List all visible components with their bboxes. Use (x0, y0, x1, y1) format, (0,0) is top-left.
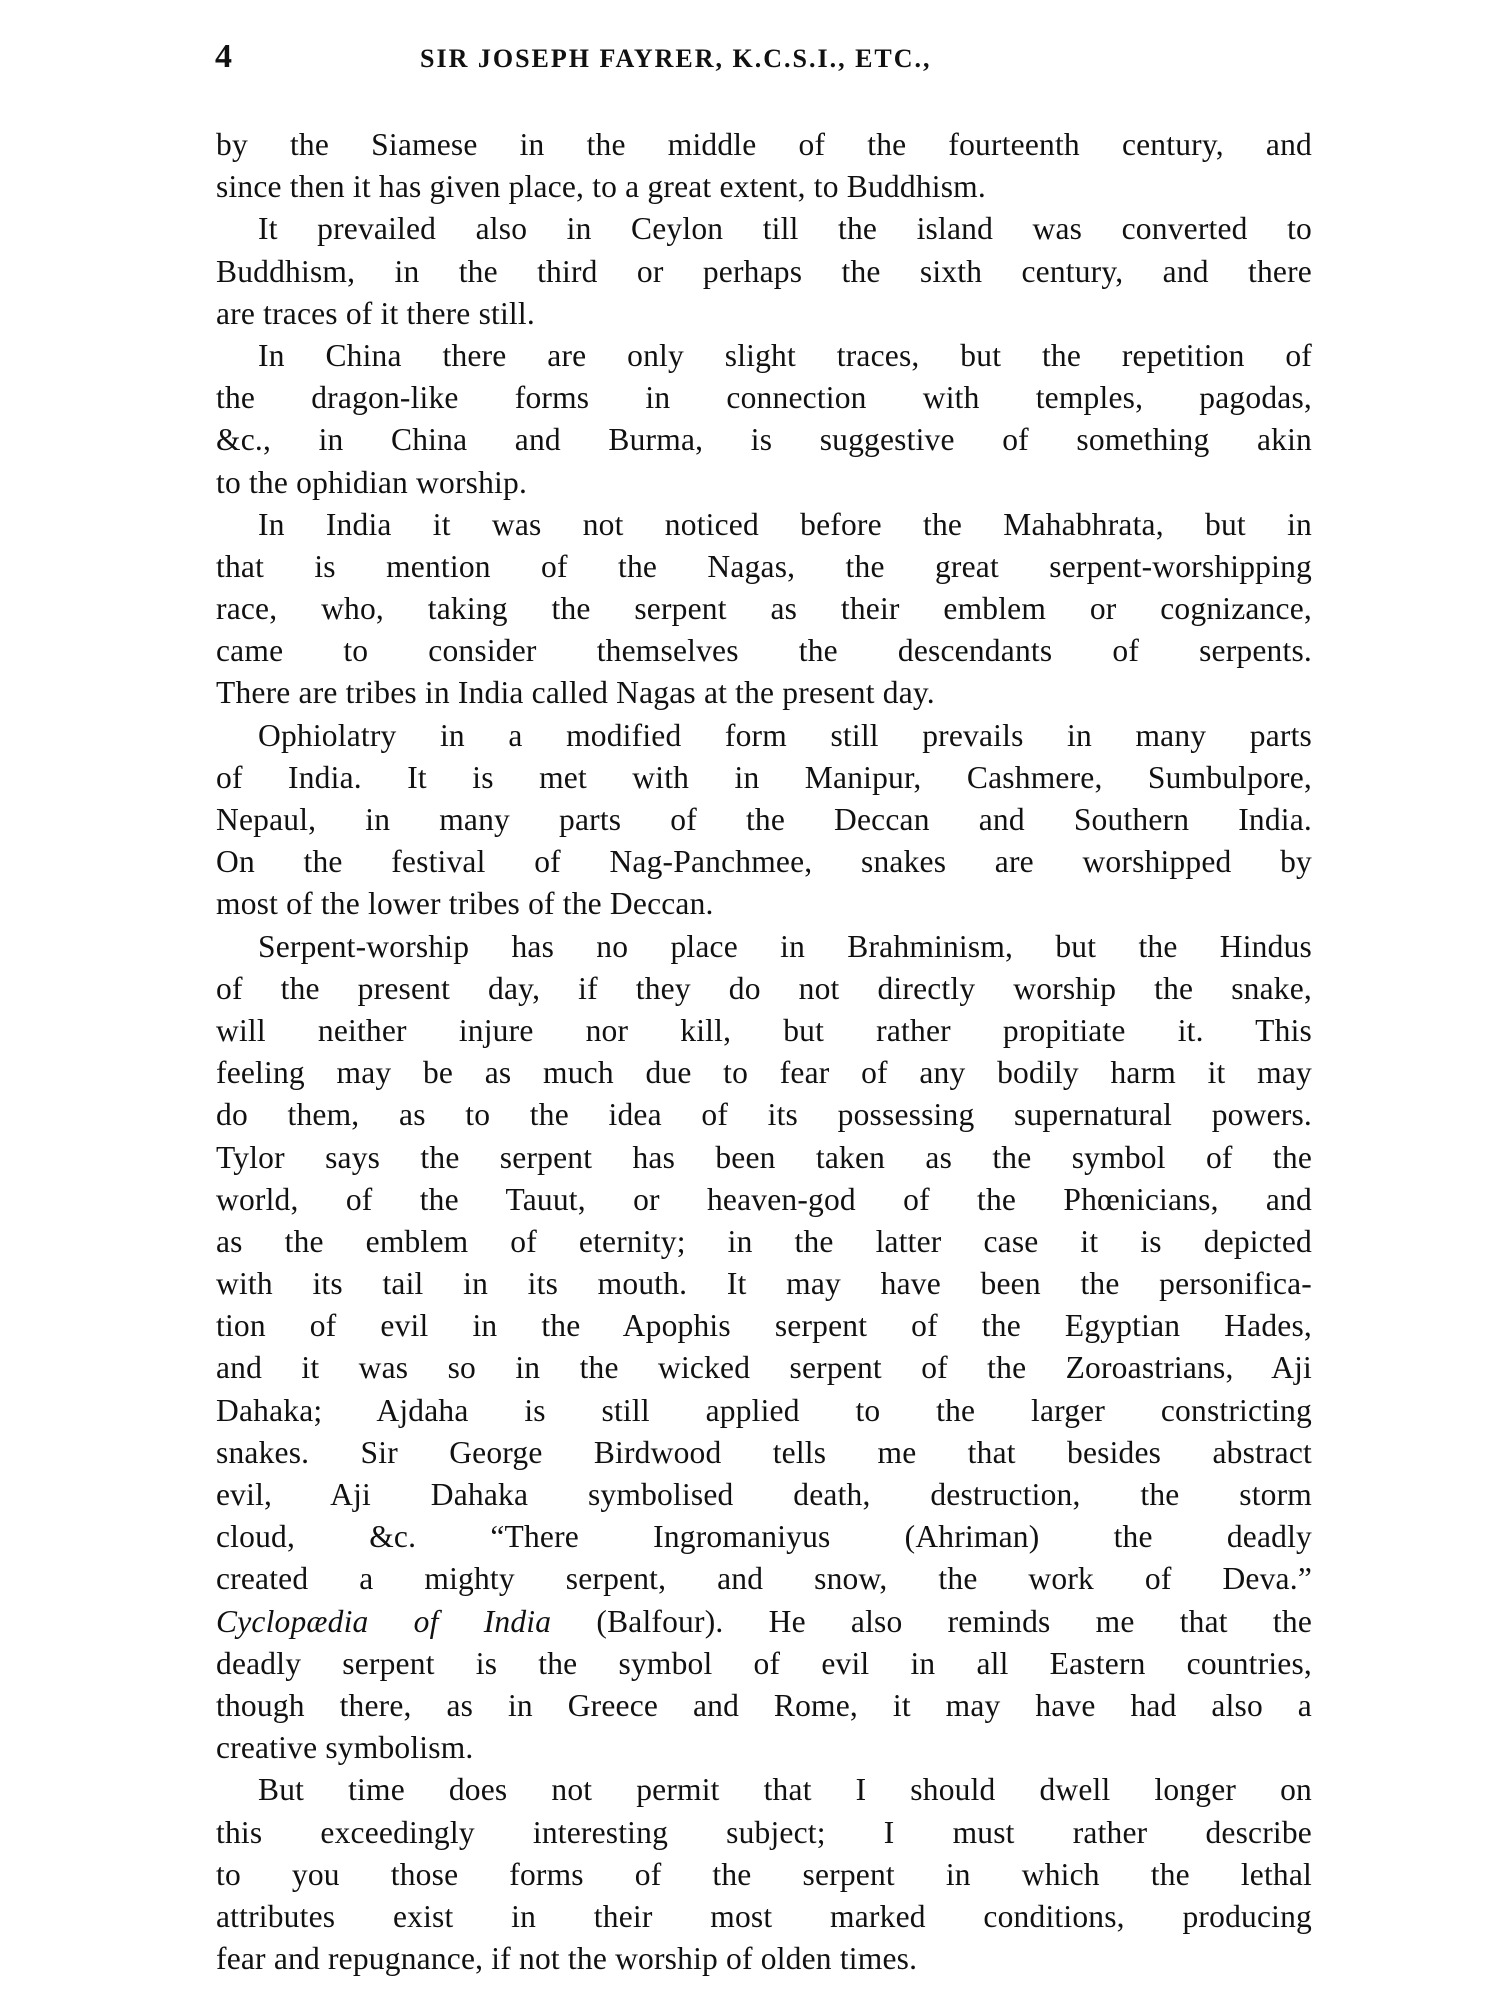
text-line: Buddhism, in the third or perhaps the si… (216, 251, 1312, 293)
text-line: as the emblem of eternity; in the latter… (216, 1221, 1312, 1263)
paragraph: In India it was not noticed before the M… (216, 504, 1312, 715)
text-line: do them, as to the idea of its possessin… (216, 1094, 1312, 1136)
text-line: since then it has given place, to a grea… (216, 166, 1312, 208)
text-line: tion of evil in the Apophis serpent of t… (216, 1305, 1312, 1347)
text-line: Nepaul, in many parts of the Deccan and … (216, 799, 1312, 841)
text-line: evil, Aji Dahaka symbolised death, destr… (216, 1474, 1312, 1516)
body-text: by the Siamese in the middle of the four… (216, 124, 1312, 1980)
text-line: It prevailed also in Ceylon till the isl… (216, 208, 1312, 250)
paragraph: Ophiolatry in a modified form still prev… (216, 715, 1312, 926)
text-line: to the ophidian worship. (216, 462, 1312, 504)
text-line: fear and repugnance, if not the worship … (216, 1938, 1312, 1980)
text-line: this exceedingly interesting subject; I … (216, 1812, 1312, 1854)
text-line: Serpent-worship has no place in Brahmini… (216, 926, 1312, 968)
text-line: feeling may be as much due to fear of an… (216, 1052, 1312, 1094)
text-line: deadly serpent is the symbol of evil in … (216, 1643, 1312, 1685)
text-line: by the Siamese in the middle of the four… (216, 124, 1312, 166)
text-line: On the festival of Nag-Panchmee, snakes … (216, 841, 1312, 883)
text-line-with-italic: Cyclopædia of India (Balfour). He also r… (216, 1601, 1312, 1643)
paragraph: Serpent-worship has no place in Brahmini… (216, 926, 1312, 1770)
text-line: &c., in China and Burma, is suggestive o… (216, 419, 1312, 461)
text-line: attributes exist in their most marked co… (216, 1896, 1312, 1938)
text-line: race, who, taking the serpent as their e… (216, 588, 1312, 630)
paragraph: by the Siamese in the middle of the four… (216, 124, 1312, 208)
paragraph: In China there are only slight traces, b… (216, 335, 1312, 504)
text-line: of the present day, if they do not direc… (216, 968, 1312, 1010)
running-head: SIR JOSEPH FAYRER, K.C.S.I., ETC., (420, 44, 932, 74)
text-line: Ophiolatry in a modified form still prev… (216, 715, 1312, 757)
text-line: that is mention of the Nagas, the great … (216, 546, 1312, 588)
text-line: to you those forms of the serpent in whi… (216, 1854, 1312, 1896)
text-line: the dragon-like forms in connection with… (216, 377, 1312, 419)
text-line: In China there are only slight traces, b… (216, 335, 1312, 377)
text-line: Dahaka; Ajdaha is still applied to the l… (216, 1390, 1312, 1432)
page-number: 4 (215, 38, 232, 76)
text-line: In India it was not noticed before the M… (216, 504, 1312, 546)
text-line: are traces of it there still. (216, 293, 1312, 335)
text-line: will neither injure nor kill, but rather… (216, 1010, 1312, 1052)
text-line: But time does not permit that I should d… (216, 1769, 1312, 1811)
text-line: Tylor says the serpent has been taken as… (216, 1137, 1312, 1179)
text-line: with its tail in its mouth. It may have … (216, 1263, 1312, 1305)
text-line: created a mighty serpent, and snow, the … (216, 1558, 1312, 1600)
paragraph: But time does not permit that I should d… (216, 1769, 1312, 1980)
text-line: cloud, &c. “There Ingromaniyus (Ahriman)… (216, 1516, 1312, 1558)
text-line: creative symbolism. (216, 1727, 1312, 1769)
text-line: came to consider themselves the descenda… (216, 630, 1312, 672)
paragraph: It prevailed also in Ceylon till the isl… (216, 208, 1312, 335)
text-line: though there, as in Greece and Rome, it … (216, 1685, 1312, 1727)
text-line: world, of the Tauut, or heaven-god of th… (216, 1179, 1312, 1221)
italic-book-title: Cyclopædia of India (216, 1604, 551, 1639)
text-line: of India. It is met with in Manipur, Cas… (216, 757, 1312, 799)
text-line: snakes. Sir George Birdwood tells me tha… (216, 1432, 1312, 1474)
text-line: and it was so in the wicked serpent of t… (216, 1347, 1312, 1389)
text-line: There are tribes in India called Nagas a… (216, 672, 1312, 714)
text-line: most of the lower tribes of the Deccan. (216, 883, 1312, 925)
